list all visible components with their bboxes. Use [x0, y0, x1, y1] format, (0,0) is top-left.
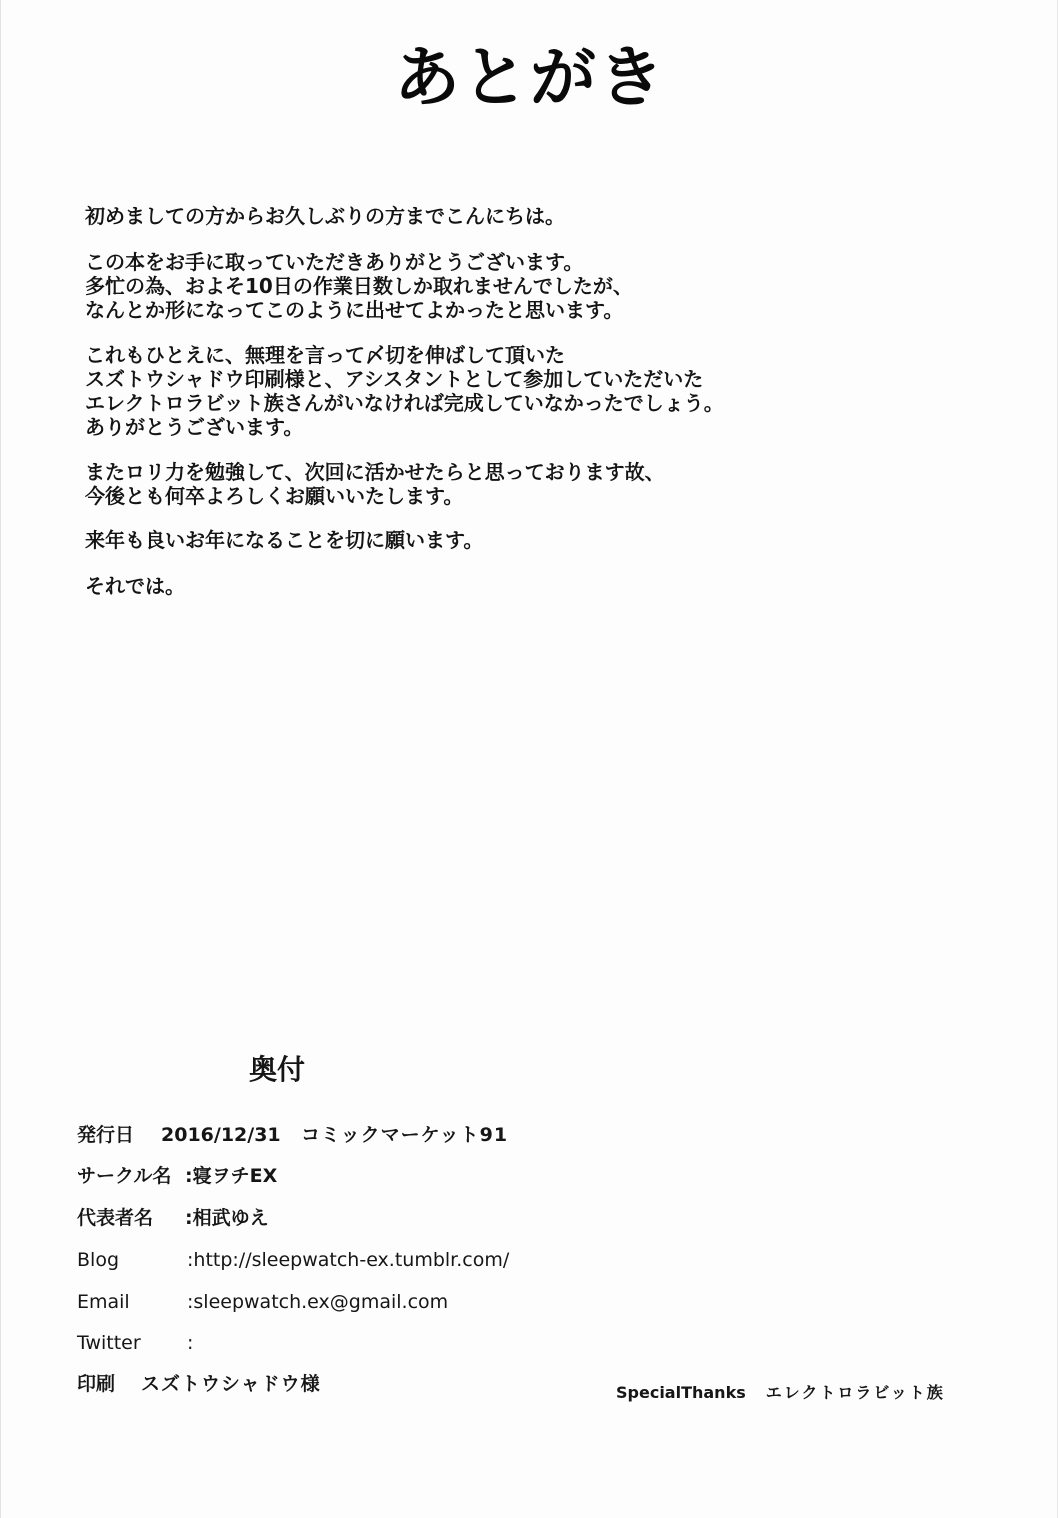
row-label: Email: [77, 1290, 130, 1314]
afterword-paragraph-4: またロリ力を勉強して、次回に活かせたらと思っております故、 今後とも何卒よろしく…: [85, 460, 665, 508]
special-thanks-label: SpecialThanks: [616, 1383, 746, 1402]
text-line: 多忙の為、およそ10日の作業日数しか取れませんでしたが、: [85, 274, 633, 298]
text-line: またロリ力を勉強して、次回に活かせたらと思っております故、: [85, 460, 665, 484]
row-label: 印刷: [77, 1372, 115, 1396]
text-line: ありがとうございます。: [85, 415, 724, 439]
colophon-row-publish-date: 発行日 2016/12/31 コミックマーケット91: [77, 1123, 134, 1147]
colophon-row-circle-name: サークル名 :寝ヲチEX: [77, 1164, 171, 1188]
text-line: エレクトロラビット族さんがいなければ完成していなかったでしょう。: [85, 391, 724, 415]
colophon-title: 奥付: [249, 1048, 305, 1088]
row-extra: コミックマーケット91: [301, 1123, 508, 1147]
text-line: それでは。: [85, 574, 185, 598]
text-line: 初めましての方からお久しぶりの方までこんにちは。: [85, 204, 565, 228]
row-value: スズトウシャドウ様: [141, 1372, 321, 1396]
colophon-row-blog: Blog :http://sleepwatch-ex.tumblr.com/: [77, 1248, 119, 1272]
text-line: 今後とも何卒よろしくお願いいたします。: [85, 484, 665, 508]
row-label: サークル名: [77, 1164, 171, 1188]
blog-link[interactable]: :http://sleepwatch-ex.tumblr.com/: [187, 1248, 509, 1272]
afterword-paragraph-5: 来年も良いお年になることを切に願います。: [85, 528, 483, 552]
afterword-paragraph-1: 初めましての方からお久しぶりの方までこんにちは。: [85, 204, 565, 228]
text-line: この本をお手に取っていただきありがとうございます。: [85, 250, 633, 274]
text-line: 来年も良いお年になることを切に願います。: [85, 528, 483, 552]
text-line: これもひとえに、無理を言って〆切を伸ばして頂いた: [85, 343, 724, 367]
row-value: :相武ゆえ: [185, 1206, 269, 1230]
row-label: Blog: [77, 1248, 119, 1272]
colophon-row-email: Email :sleepwatch.ex@gmail.com: [77, 1290, 130, 1314]
afterword-paragraph-3: これもひとえに、無理を言って〆切を伸ばして頂いた スズトウシャドウ印刷様と、アシ…: [85, 343, 724, 439]
row-value: :: [187, 1331, 193, 1355]
afterword-title: あとがき: [1, 38, 1058, 118]
row-label: 発行日: [77, 1123, 134, 1147]
row-label: 代表者名: [77, 1206, 153, 1230]
text-line: なんとか形になってこのように出せてよかったと思います。: [85, 298, 633, 322]
afterword-paragraph-6: それでは。: [85, 574, 185, 598]
document-page: あとがき 初めましての方からお久しぶりの方までこんにちは。 この本をお手に取って…: [0, 0, 1058, 1518]
row-value: 2016/12/31: [161, 1123, 281, 1147]
colophon-row-twitter: Twitter :: [77, 1331, 141, 1355]
row-value: :寝ヲチEX: [185, 1164, 277, 1188]
email-link[interactable]: :sleepwatch.ex@gmail.com: [187, 1290, 448, 1314]
row-label: Twitter: [77, 1331, 141, 1355]
text-line: スズトウシャドウ印刷様と、アシスタントとして参加していただいた: [85, 367, 724, 391]
colophon-row-representative: 代表者名 :相武ゆえ: [77, 1206, 153, 1230]
colophon-row-printer: 印刷 スズトウシャドウ様: [77, 1372, 115, 1396]
special-thanks-name: エレクトロラビット族: [766, 1383, 945, 1402]
afterword-paragraph-2: この本をお手に取っていただきありがとうございます。 多忙の為、およそ10日の作業…: [85, 250, 633, 322]
special-thanks: SpecialThanksエレクトロラビット族: [616, 1380, 945, 1403]
